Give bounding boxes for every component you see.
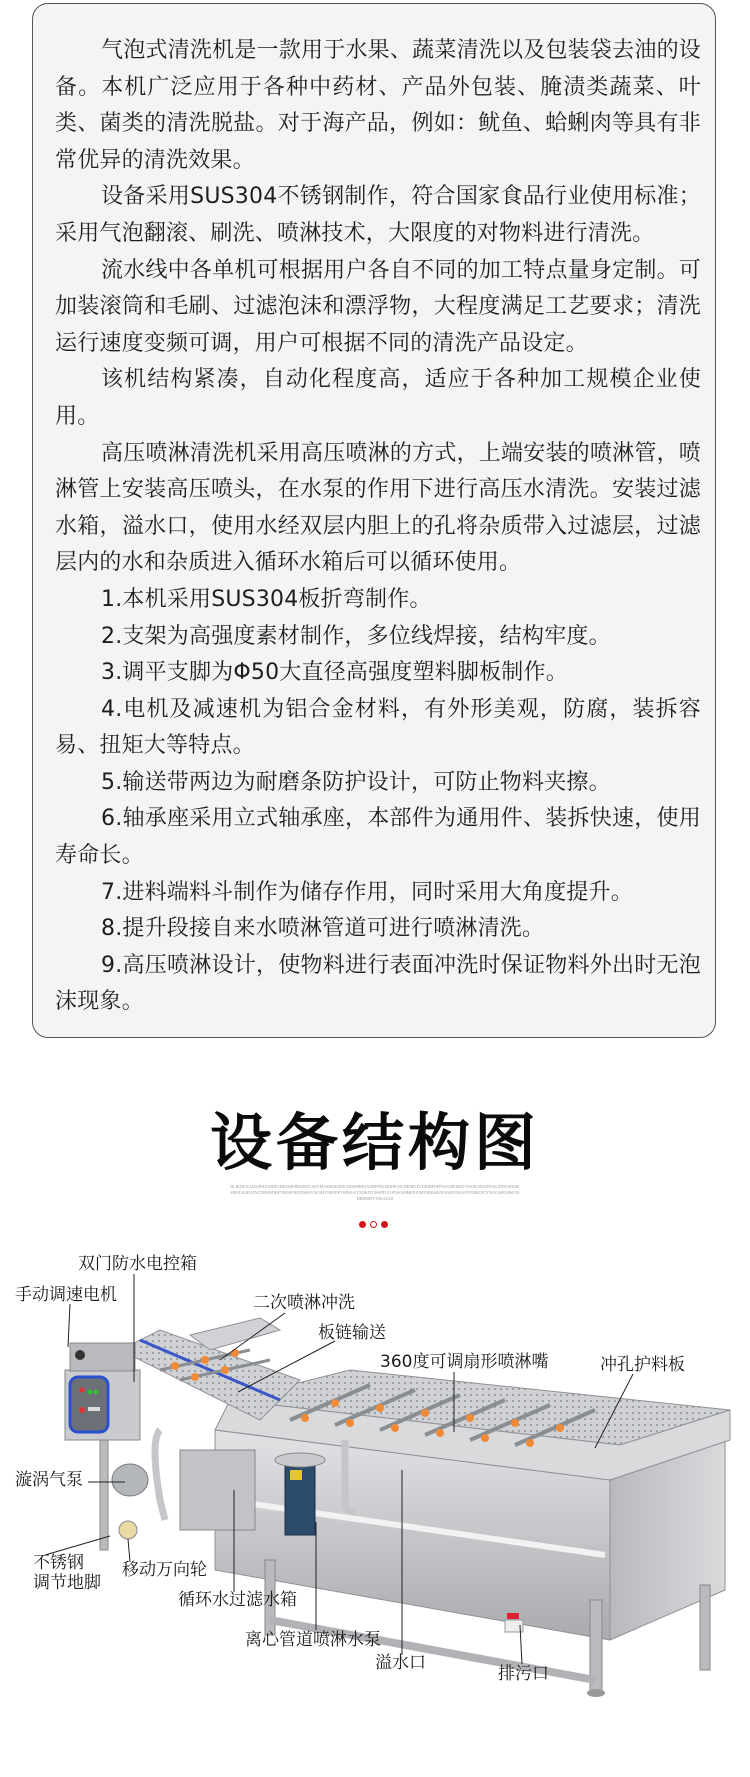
paragraph-customization: 流水线中各单机可根据用户各自不同的加工特点量身定制。可加装滚筒和毛刷、过滤泡沫和… — [55, 253, 701, 363]
label-nozzle: 360度可调扇形喷淋嘴 — [380, 1352, 548, 1372]
decorative-dots — [359, 1221, 388, 1228]
paragraph-compact: 该机结构紧凑，自动化程度高，适应于各种加工规模企业使用。 — [55, 362, 701, 435]
label-drain: 排污口 — [498, 1664, 549, 1684]
dot-icon — [381, 1221, 388, 1228]
label-control-box: 双门防水电控箱 — [78, 1254, 197, 1274]
feature-item: 3.调平支脚为Φ50大直径高强度塑料脚板制作。 — [55, 655, 701, 692]
machine-structure-diagram: 双门防水电控箱 手动调速电机 二次喷淋冲洗 板链输送 360度可调扇形喷淋嘴 冲… — [0, 1240, 750, 1710]
label-vortex-pump: 漩涡气泵 — [15, 1470, 83, 1490]
description-text: 气泡式清洗机是一款用于水果、蔬菜清洗以及包装袋去油的设备。本机广泛应用于各种中药… — [55, 33, 701, 1021]
description-panel: 气泡式清洗机是一款用于水果、蔬菜清洗以及包装袋去油的设备。本机广泛应用于各种中药… — [32, 3, 716, 1038]
feature-item: 8.提升段接自来水喷淋管道可进行喷淋清洗。 — [55, 911, 701, 948]
section-title: 设备结构图 — [0, 1093, 750, 1182]
label-motor: 手动调速电机 — [15, 1285, 117, 1305]
label-secondary-spray: 二次喷淋冲洗 — [253, 1293, 355, 1313]
decorative-subtitle: DLJKDFJGLDSJHAJOHDFGHJKSDFHKSDFJLSDVMASD… — [230, 1184, 520, 1202]
feature-item: 2.支架为高强度素材制作，多位线焊接，结构牢度。 — [55, 619, 701, 656]
feature-item: 1.本机采用SUS304板折弯制作。 — [55, 582, 701, 619]
dot-icon — [359, 1221, 366, 1228]
label-chain-conveyor: 板链输送 — [318, 1323, 386, 1343]
feature-item: 7.进料端料斗制作为储存作用，同时采用大角度提升。 — [55, 875, 701, 912]
feature-item: 5.输送带两边为耐磨条防护设计，可防止物料夹擦。 — [55, 765, 701, 802]
label-filter-tank: 循环水过滤水箱 — [178, 1590, 297, 1610]
dot-icon — [370, 1221, 377, 1228]
label-caster: 移动万向轮 — [122, 1560, 207, 1580]
label-feet-line1: 不锈钢 — [33, 1553, 84, 1573]
feature-item: 6.轴承座采用立式轴承座，本部件为通用件、装拆快速，使用寿命长。 — [55, 801, 701, 874]
label-feet-line2: 调节地脚 — [33, 1573, 101, 1593]
feature-item: 4.电机及减速机为铝合金材料，有外形美观，防腐，装拆容易、扭矩大等特点。 — [55, 692, 701, 765]
paragraph-material: 设备采用SUS304不锈钢制作，符合国家食品行业使用标准；采用气泡翻滚、刷洗、喷… — [55, 179, 701, 252]
label-overflow: 溢水口 — [375, 1653, 426, 1673]
label-spray-pump: 离心管道喷淋水泵 — [245, 1630, 381, 1650]
paragraph-high-pressure: 高压喷淋清洗机采用高压喷淋的方式，上端安装的喷淋管，喷淋管上安装高压喷头，在水泵… — [55, 436, 701, 582]
paragraph-intro: 气泡式清洗机是一款用于水果、蔬菜清洗以及包装袋去油的设备。本机广泛应用于各种中药… — [55, 33, 701, 179]
label-guard-plate: 冲孔护料板 — [600, 1355, 685, 1375]
feature-item: 9.高压喷淋设计，使物料进行表面冲洗时保证物料外出时无泡沫现象。 — [55, 948, 701, 1021]
